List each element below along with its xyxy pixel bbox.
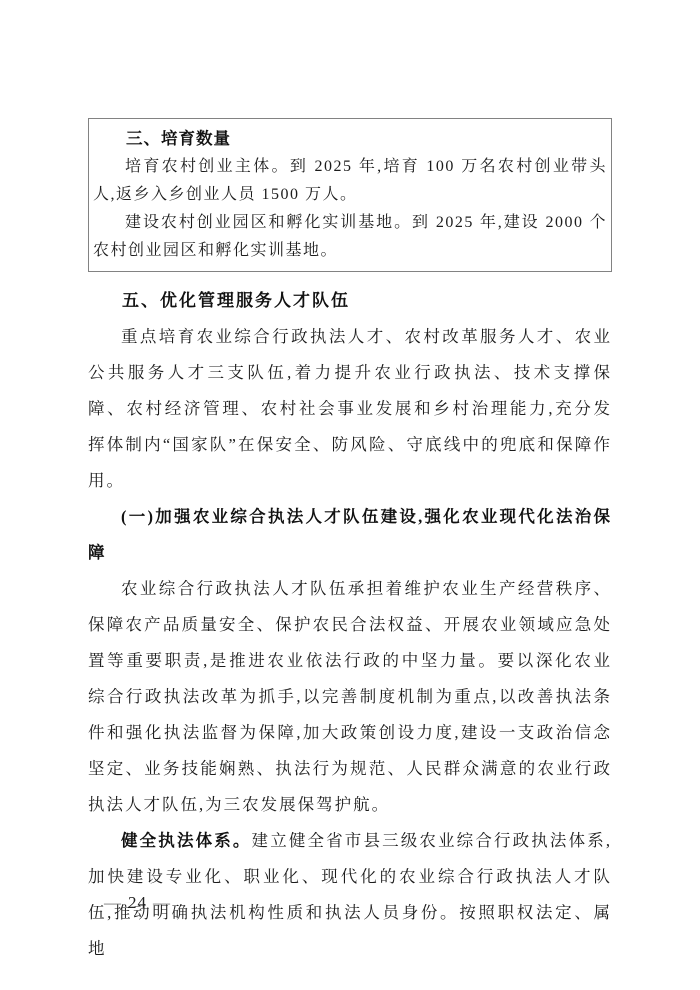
box-paragraph: 建设农村创业园区和孵化实训基地。到 2025 年,建设 2000 个农村创业园区…	[93, 209, 607, 265]
page-number-footer: —24—	[98, 892, 177, 914]
footer-dash-left: —	[98, 893, 128, 912]
page-content: 三、培育数量 培育农村创业主体。到 2025 年,培育 100 万名农村创业带头…	[88, 118, 612, 967]
paragraph-lead-in: 健全执法体系。	[121, 831, 252, 850]
section-heading: 五、优化管理服务人才队伍	[88, 283, 612, 319]
sub-heading: (一)加强农业综合执法人才队伍建设,强化农业现代化法治保障	[88, 499, 612, 571]
footer-dash-right: —	[147, 893, 177, 912]
document-page: 三、培育数量 培育农村创业主体。到 2025 年,培育 100 万名农村创业带头…	[0, 0, 700, 990]
page-number: 24	[128, 893, 147, 912]
highlight-box: 三、培育数量 培育农村创业主体。到 2025 年,培育 100 万名农村创业带头…	[88, 118, 612, 272]
box-title: 三、培育数量	[93, 125, 607, 153]
paragraph-overview: 重点培育农业综合行政执法人才、农村改革服务人才、农业公共服务人才三支队伍,着力提…	[88, 319, 612, 499]
box-paragraph: 培育农村创业主体。到 2025 年,培育 100 万名农村创业带头人,返乡入乡创…	[93, 153, 607, 209]
paragraph-enforcement: 农业综合行政执法人才队伍承担着维护农业生产经营秩序、保障农产品质量安全、保护农民…	[88, 571, 612, 823]
